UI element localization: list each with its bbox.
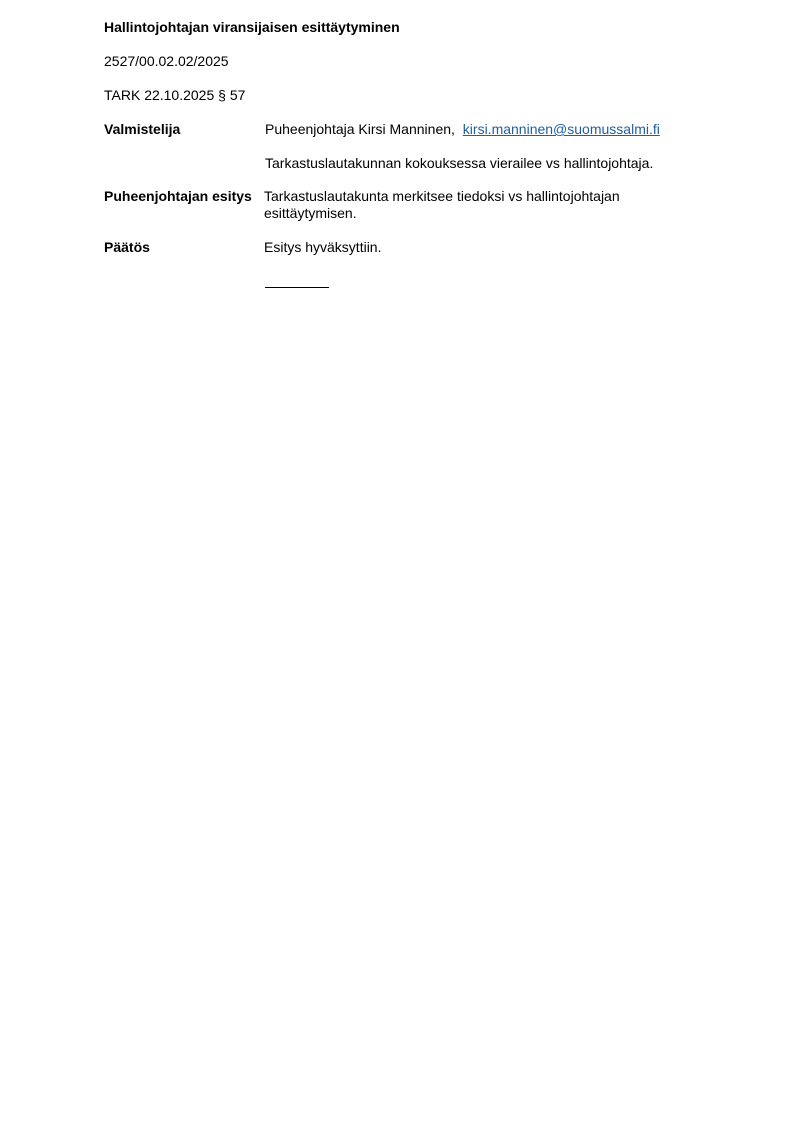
- preparer-value: Puheenjohtaja Kirsi Manninen, kirsi.mann…: [265, 121, 660, 138]
- decision-label: Päätös: [104, 239, 150, 256]
- preparer-email-link[interactable]: kirsi.manninen@suomussalmi.fi: [463, 121, 660, 137]
- preparer-name: Puheenjohtaja Kirsi Manninen,: [265, 121, 455, 137]
- reference-number: 2527/00.02.02/2025: [104, 53, 229, 70]
- proposal-label: Puheenjohtajan esitys: [104, 188, 254, 205]
- end-of-section-rule: [265, 287, 329, 288]
- document-page: Hallintojohtajan viransijaisen esittäyty…: [0, 0, 794, 1122]
- preparer-description: Tarkastuslautakunnan kokouksessa vierail…: [265, 155, 653, 172]
- preparer-label: Valmistelija: [104, 121, 180, 138]
- meeting-reference: TARK 22.10.2025 § 57: [104, 87, 245, 104]
- document-title: Hallintojohtajan viransijaisen esittäyty…: [104, 19, 400, 36]
- proposal-text: Tarkastuslautakunta merkitsee tiedoksi v…: [264, 188, 684, 222]
- decision-text: Esitys hyväksyttiin.: [264, 239, 381, 256]
